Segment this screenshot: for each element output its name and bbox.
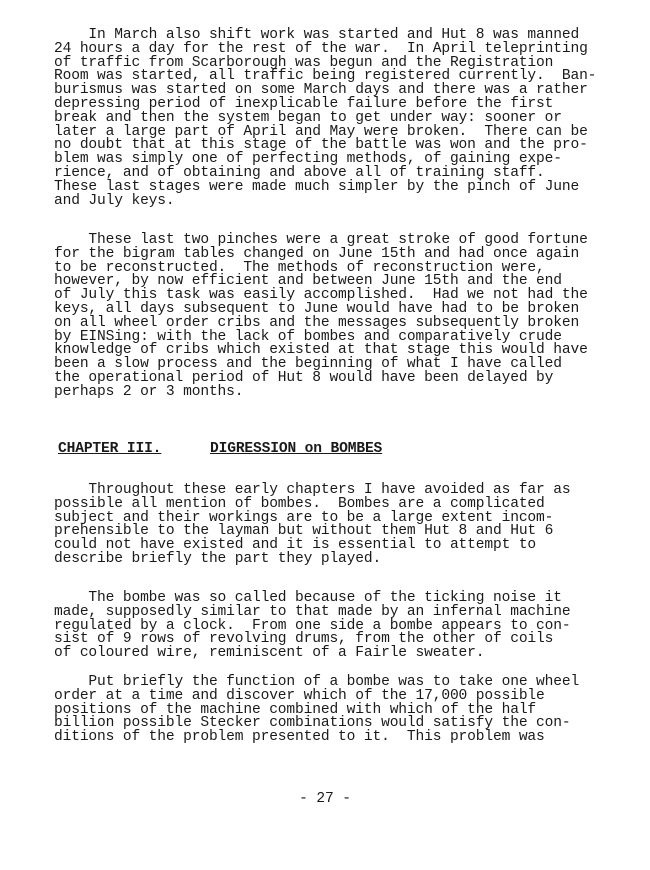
paragraph-shift-work: In March also shift work was started and… — [54, 29, 596, 208]
paragraph-bombe-function: Put briefly the function of a bombe was … — [54, 676, 579, 745]
paragraph-pinches: These last two pinches were a great stro… — [54, 234, 588, 400]
paragraph-bombes-intro: Throughout these early chapters I have a… — [54, 484, 570, 567]
text-line: of coloured wire, reminiscent of a Fairl… — [54, 647, 570, 661]
text-line: perhaps 2 or 3 months. — [54, 386, 588, 400]
chapter-title: DIGRESSION on BOMBES — [210, 441, 382, 457]
chapter-number: CHAPTER III. — [58, 441, 161, 457]
paragraph-bombe-name: The bombe was so called because of the t… — [54, 592, 570, 661]
text-line: and July keys. — [54, 195, 596, 209]
text-line: describe briefly the part they played. — [54, 553, 570, 567]
page-number: - 27 - — [0, 791, 650, 807]
document-page: In March also shift work was started and… — [0, 0, 650, 870]
text-line: ditions of the problem presented to it. … — [54, 731, 579, 745]
